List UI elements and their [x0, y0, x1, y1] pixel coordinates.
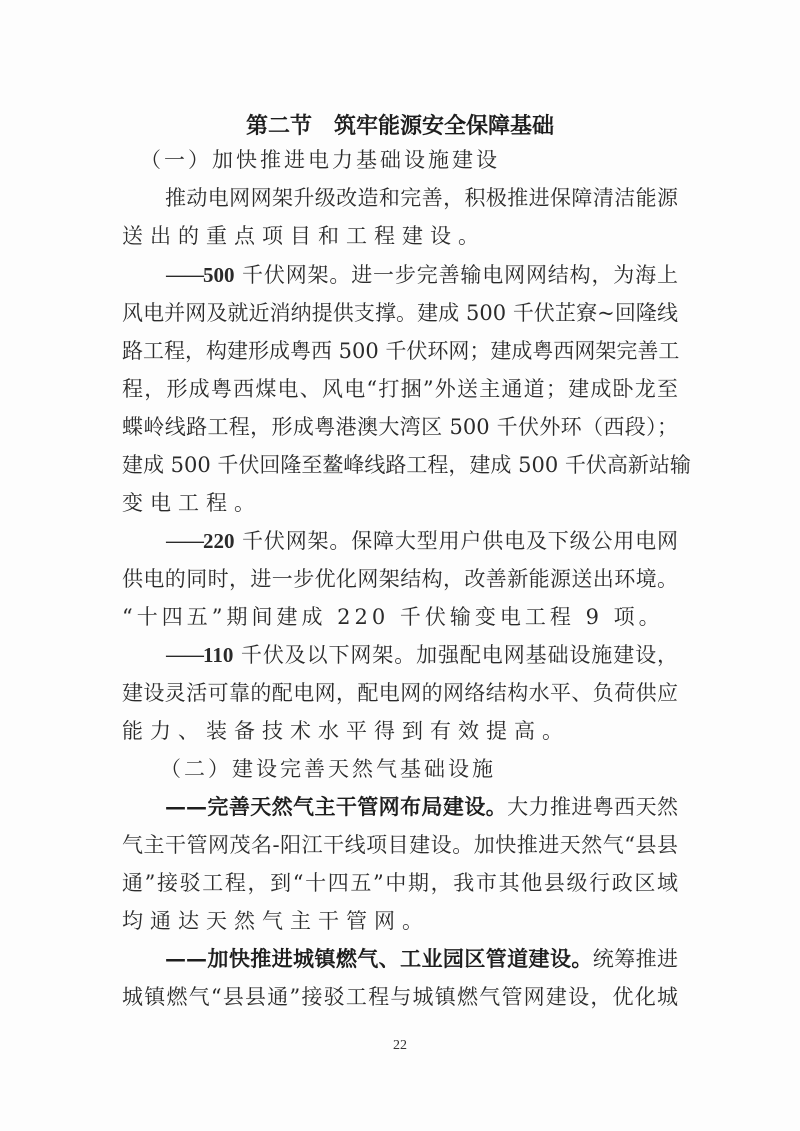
paragraph-line: 变电工程。 — [122, 488, 678, 518]
lead-text: 千伏网架。进一步完善输电网网结构，为海上 — [235, 263, 679, 287]
bold-500: 500 — [203, 263, 235, 287]
section-title: 第二节筑牢能源安全保障基础 — [0, 110, 800, 142]
paragraph-line: 蝶岭线路工程，形成粤港澳大湾区 500 千伏外环（西段）； — [122, 412, 678, 442]
em-dash: —— — [165, 643, 203, 667]
heading-natural-gas-infrastructure: （二）建设完善天然气基础设施 — [160, 754, 660, 784]
paragraph-line: 通”接驳工程，到“十四五”中期，我市其他县级行政区域 — [122, 868, 678, 898]
bold-220: 220 — [203, 529, 235, 553]
paragraph-line: 供电的同时，进一步优化网架结构，改善新能源送出环境。 — [122, 564, 678, 594]
lead-text: 大力推进粤西天然 — [507, 795, 678, 819]
lead-bold-text: ——加快推进城镇燃气、工业园区管道建设。 — [165, 946, 593, 971]
bold-110: 110 — [203, 643, 233, 667]
em-dash: —— — [165, 529, 203, 553]
paragraph-line: 气主干管网茂名-阳江干线项目建设。加快推进天然气“县县 — [122, 830, 678, 860]
paragraph-line: 城镇燃气“县县通”接驳工程与城镇燃气管网建设，优化城 — [122, 982, 678, 1012]
heading-text: （一）加快推进电力基础设施建设 — [140, 148, 500, 172]
paragraph-lead-gas-trunk: ——完善天然气主干管网布局建设。大力推进粤西天然 — [165, 792, 678, 822]
lead-text: 统筹推进 — [593, 947, 678, 971]
paragraph-lead-urban-gas: ——加快推进城镇燃气、工业园区管道建设。统筹推进 — [165, 944, 678, 974]
page-number: 22 — [0, 1038, 800, 1054]
lead-bold-text: ——完善天然气主干管网布局建设。 — [165, 794, 507, 819]
paragraph-line: 风电并网及就近消纳提供支撑。建成 500 千伏芷寮~回隆线 — [122, 298, 678, 328]
paragraph-line: 送出的重点项目和工程建设。 — [122, 221, 678, 251]
heading-text: （二）建设完善天然气基础设施 — [160, 757, 496, 781]
em-dash: —— — [165, 263, 203, 287]
paragraph-line: 推动电网网架升级改造和完善，积极推进保障清洁能源 — [165, 183, 678, 213]
paragraph-line: 路工程，构建形成粤西 500 千伏环网；建成粤西网架完善工 — [122, 336, 678, 366]
paragraph-lead-220kv: ——220 千伏网架。保障大型用户供电及下级公用电网 — [165, 526, 678, 556]
section-number: 第二节 — [246, 113, 312, 139]
paragraph-lead-110kv: ——110 千伏及以下网架。加强配电网基础设施建设， — [165, 640, 678, 670]
paragraph-line: 建设灵活可靠的配电网，配电网的网络结构水平、负荷供应 — [122, 678, 678, 708]
paragraph-line: 能力、装备技术水平得到有效提高。 — [122, 716, 678, 746]
paragraph-line: “十四五”期间建成 220 千伏输变电工程 9 项。 — [122, 602, 678, 632]
heading-electric-infrastructure: （一）加快推进电力基础设施建设 — [140, 145, 660, 175]
section-title-text: 筑牢能源安全保障基础 — [334, 113, 554, 139]
lead-text: 千伏及以下网架。加强配电网基础设施建设， — [233, 643, 678, 667]
paragraph-line: 均通达天然气主干管网。 — [122, 906, 678, 936]
lead-text: 千伏网架。保障大型用户供电及下级公用电网 — [235, 529, 679, 553]
paragraph-lead-500kv: ——500 千伏网架。进一步完善输电网网结构，为海上 — [165, 260, 678, 290]
document-page: 第二节筑牢能源安全保障基础 （一）加快推进电力基础设施建设 推动电网网架升级改造… — [0, 0, 800, 1131]
paragraph-line: 程，形成粤西煤电、风电“打捆”外送主通道；建成卧龙至 — [122, 374, 678, 404]
paragraph-line: 建成 500 千伏回隆至鳌峰线路工程，建成 500 千伏高新站输 — [122, 450, 678, 480]
